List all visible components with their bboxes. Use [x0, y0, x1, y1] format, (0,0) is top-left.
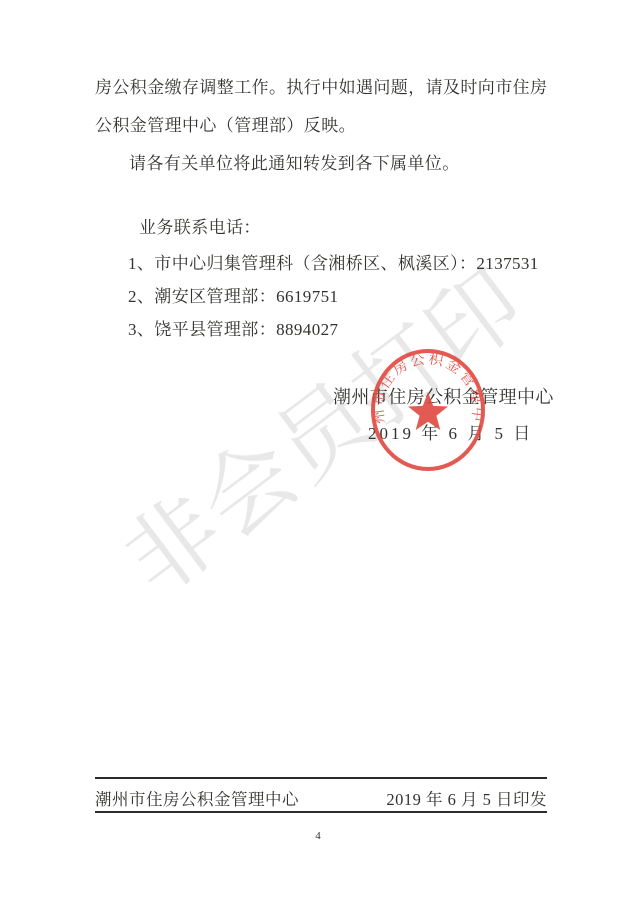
body-paragraph2: 请各有关单位将此通知转发到各下属单位。	[129, 149, 460, 174]
footer-print-date: 2019 年 6 月 5 日印发	[386, 786, 547, 810]
page-number: 4	[0, 830, 636, 842]
footer-rule-bottom	[95, 811, 547, 813]
contact-item-3: 3、饶平县管理部：8894027	[128, 315, 338, 340]
official-seal: 潮州市住房公积金管理中心	[363, 345, 493, 475]
contact-item-2: 2、潮安区管理部：6619751	[128, 282, 338, 307]
contact-heading: 业务联系电话：	[139, 213, 261, 238]
body-paragraph1-line2: 公积金管理中心（管理部）反映。	[95, 111, 356, 136]
document-page: 非会员打印 房公积金缴存调整工作。执行中如遇问题，请及时向市住房 公积金管理中心…	[0, 0, 636, 900]
footer-rule-top	[95, 777, 547, 779]
contact-item-1: 1、市中心归集管理科（含湘桥区、枫溪区）：2137531	[128, 249, 539, 274]
footer-issuer: 潮州市住房公积金管理中心	[95, 786, 299, 810]
body-paragraph1-line1: 房公积金缴存调整工作。执行中如遇问题，请及时向市住房	[95, 73, 547, 98]
seal-star-icon	[408, 392, 448, 430]
footer-row: 潮州市住房公积金管理中心 2019 年 6 月 5 日印发	[95, 786, 547, 810]
